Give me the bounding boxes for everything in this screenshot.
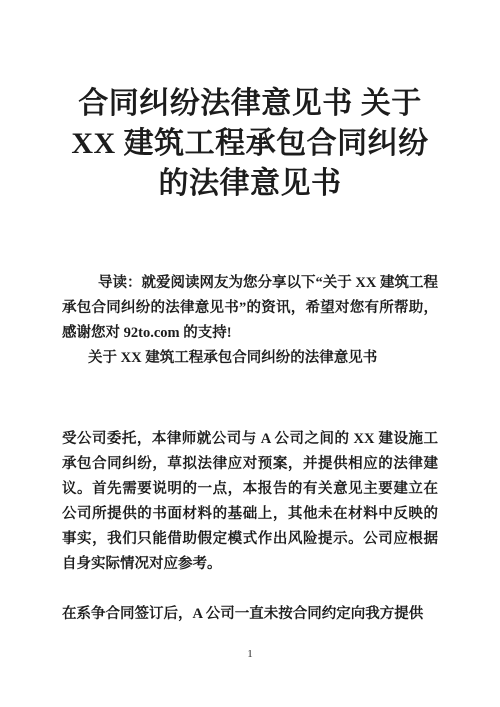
document-title: 合同纠纷法律意见书 关于 XX 建筑工程承包合同纠纷 的法律意见书: [0, 84, 500, 204]
title-line: 合同纠纷法律意见书 关于: [0, 84, 500, 124]
title-line: XX 建筑工程承包合同纠纷: [0, 124, 500, 164]
intro-subtitle-line: 关于 XX 建筑工程承包合同纠纷的法律意见书: [62, 346, 438, 371]
body-line: 受公司委托，本律师就公司与 A 公司之间的 XX 建设施工: [62, 427, 438, 452]
intro-line: 承包合同纠纷的法律意见书”的资讯，希望对您有所帮助，: [62, 296, 438, 321]
intro-line: 感谢您对 92to.com 的支持!: [62, 321, 438, 346]
body-line: 承包合同纠纷，草拟法律应对预案，并提供相应的法律建: [62, 452, 438, 477]
body-line: 公司所提供的书面材料的基础上，其他未在材料中反映的: [62, 502, 438, 527]
intro-line: 导读：就爱阅读网友为您分享以下“关于 XX 建筑工程: [62, 271, 438, 296]
title-line: 的法律意见书: [0, 164, 500, 204]
body-paragraph: 在系争合同签订后，A 公司一直未按合同约定向我方提供: [62, 602, 438, 627]
body-line: 自身实际情况对应参考。: [62, 552, 438, 577]
document-page: 合同纠纷法律意见书 关于 XX 建筑工程承包合同纠纷 的法律意见书 导读：就爱阅…: [0, 0, 500, 707]
body-line: 议。首先需要说明的一点，本报告的有关意见主要建立在: [62, 477, 438, 502]
intro-paragraph: 导读：就爱阅读网友为您分享以下“关于 XX 建筑工程 承包合同纠纷的法律意见书”…: [62, 271, 438, 371]
body-text: 受公司委托，本律师就公司与 A 公司之间的 XX 建设施工 承包合同纠纷，草拟法…: [62, 427, 438, 627]
body-line: 在系争合同签订后，A 公司一直未按合同约定向我方提供: [62, 602, 438, 627]
body-line: 事实，我们只能借助假定模式作出风险提示。公司应根据: [62, 527, 438, 552]
body-paragraph: 受公司委托，本律师就公司与 A 公司之间的 XX 建设施工 承包合同纠纷，草拟法…: [62, 427, 438, 577]
page-number: 1: [0, 648, 500, 660]
